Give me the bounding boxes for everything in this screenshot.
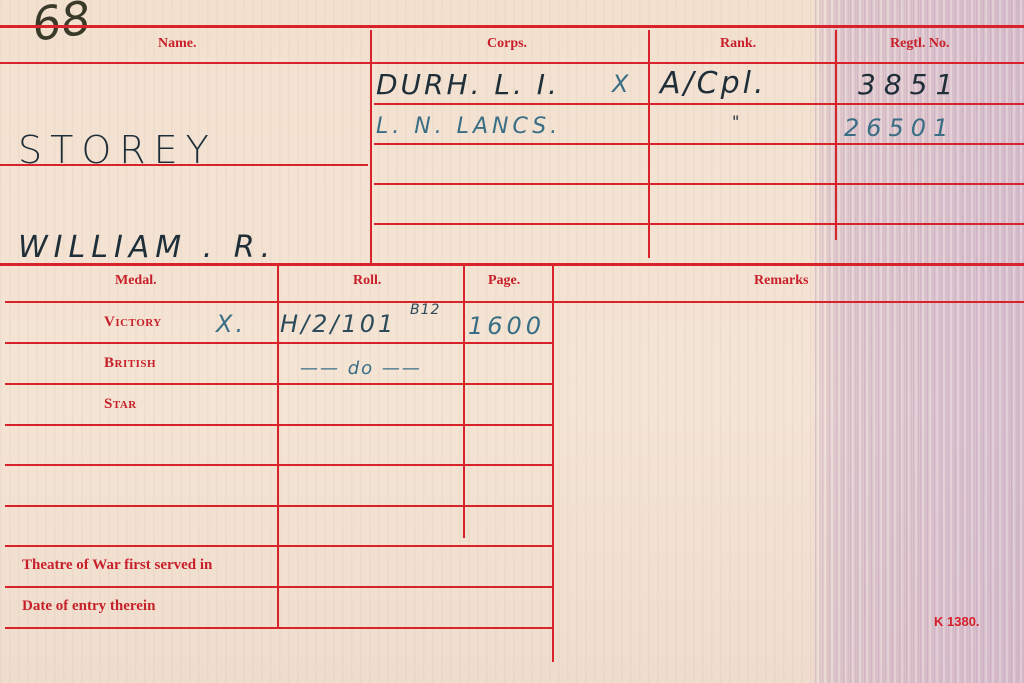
entry-date-label: Date of entry therein: [22, 598, 155, 615]
form-number: K 1380.: [934, 614, 980, 629]
regt-no-label: Regtl. No.: [890, 36, 950, 52]
theatre-label: Theatre of War first served in: [22, 557, 212, 574]
name-label: Name.: [158, 36, 197, 52]
rank-row-2: ": [732, 112, 739, 131]
roll-label: Roll.: [353, 273, 381, 289]
entry-date-rule: [5, 627, 553, 629]
surname: STOREY: [18, 128, 217, 172]
col-divider-corps-rank: [648, 30, 650, 258]
page-label: Page.: [488, 273, 520, 289]
row-rule-4: [374, 223, 1024, 225]
victory-mark: X.: [216, 310, 246, 338]
medal-row-rule-3: [5, 424, 553, 426]
regt-no-row-2: 26501: [844, 114, 955, 142]
medal-row-rule-5: [5, 505, 553, 507]
medal-british: British: [104, 355, 156, 372]
col-divider-name-corps: [370, 30, 372, 263]
victory-roll-sup: B12: [410, 302, 440, 318]
rank-label: Rank.: [720, 36, 756, 52]
col-divider-rank-regt: [835, 30, 837, 240]
medal-victory: Victory: [104, 314, 162, 331]
rank-row-1: A/Cpl.: [660, 66, 767, 101]
corps-row-1: DURH. L. I.: [376, 68, 560, 101]
header-underline-name: [0, 62, 370, 64]
medal-header-rule: [5, 301, 1024, 303]
medal-row-rule-1: [5, 342, 553, 344]
row-rule-1: [374, 103, 1024, 105]
row-rule-2: [374, 143, 1024, 145]
row-rule-3: [374, 183, 1024, 185]
medal-star: Star: [104, 396, 137, 413]
medal-row-rule-6: [5, 545, 553, 547]
forenames: WILLIAM . R.: [18, 230, 276, 265]
theatre-rule: [5, 586, 553, 588]
medal-label: Medal.: [115, 273, 157, 289]
col-divider-medal-roll: [277, 266, 279, 628]
top-rule: [0, 25, 1024, 28]
medal-row-rule-4: [5, 464, 553, 466]
medal-row-rule-2: [5, 383, 553, 385]
victory-page: 1600: [468, 312, 545, 340]
corps-row-2: L. N. LANCS.: [376, 114, 561, 139]
regt-no-row-1: 3851: [858, 68, 961, 101]
corps-row-1-mark: X: [612, 70, 631, 98]
col-divider-page-remarks: [552, 266, 554, 662]
remarks-label: Remarks: [754, 273, 808, 289]
header-underline-right: [372, 62, 1024, 64]
british-roll-ditto: —— do ——: [300, 358, 422, 379]
corps-label: Corps.: [487, 36, 527, 52]
medal-index-card: 68 Name. Corps. Rank. Regtl. No. STOREY …: [0, 0, 1024, 683]
col-divider-roll-page: [463, 266, 465, 538]
victory-roll: H/2/101: [280, 310, 396, 338]
